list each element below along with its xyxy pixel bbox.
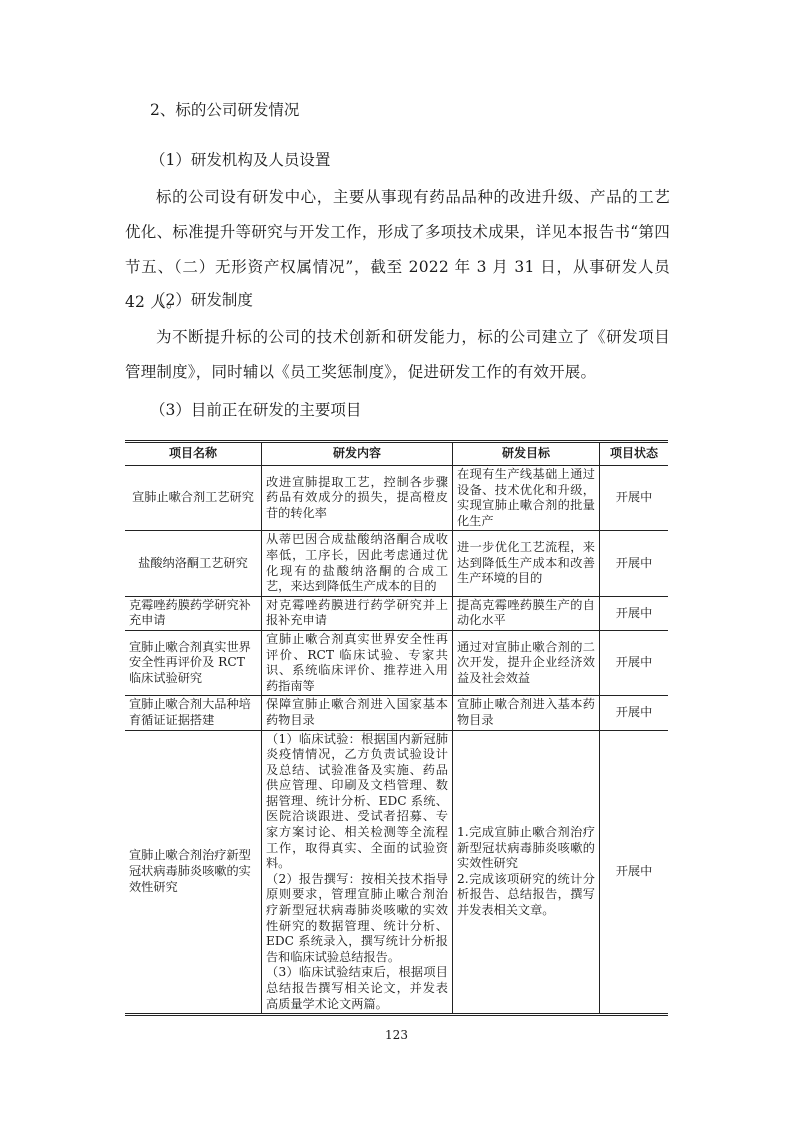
paragraph-rd-system: 为不断提升标的公司的技术创新和研发能力，标的公司建立了《研发项目管理制度》，同时… (125, 320, 670, 390)
subsection-heading-3: （3）目前正在研发的主要项目 (150, 400, 361, 420)
table-row: 宣肺止嗽合剂治疗新型冠状病毒肺炎咳嗽的实效性研究 （1）临床试验：根据国内新冠肺… (125, 730, 668, 1015)
subsection-heading-1: （1）研发机构及人员设置 (150, 150, 330, 170)
cell-project-name: 宣肺止嗽合剂大品种培育循证证据搭建 (125, 696, 262, 730)
cell-rd-goal: 进一步优化工艺流程，来达到降低生产成本和改善生产环境的目的 (453, 531, 600, 596)
cell-rd-content: 对克霉唑药膜进行药学研究并上报补充申请 (262, 596, 453, 630)
header-project-status: 项目状态 (600, 442, 669, 466)
cell-rd-goal: 1.完成宣肺止嗽合剂治疗新型冠状病毒肺炎咳嗽的实效性研究 2.完成该项研究的统计… (453, 730, 600, 1015)
section-title: 2、标的公司研发情况 (150, 100, 299, 120)
table-header-row: 项目名称 研发内容 研发目标 项目状态 (125, 442, 668, 466)
header-project-name: 项目名称 (125, 442, 262, 466)
cell-project-status: 开展中 (600, 466, 669, 531)
header-rd-content: 研发内容 (262, 442, 453, 466)
cell-rd-goal: 宣肺止嗽合剂进入基本药物目录 (453, 696, 600, 730)
table-row: 宣肺止嗽合剂大品种培育循证证据搭建 保障宣肺止嗽合剂进入国家基本药物目录 宣肺止… (125, 696, 668, 730)
cell-rd-goal: 提高克霉唑药膜生产的自动化水平 (453, 596, 600, 630)
cell-project-status: 开展中 (600, 630, 669, 695)
cell-project-name: 宣肺止嗽合剂工艺研究 (125, 466, 262, 531)
cell-project-status: 开展中 (600, 696, 669, 730)
cell-rd-goal: 在现有生产线基础上通过设备、技术优化和升级，实现宣肺止嗽合剂的批量化生产 (453, 466, 600, 531)
document-page: 2、标的公司研发情况 （1）研发机构及人员设置 标的公司设有研发中心，主要从事现… (0, 0, 793, 1122)
table-row: 克霉唑药膜药学研究补充申请 对克霉唑药膜进行药学研究并上报补充申请 提高克霉唑药… (125, 596, 668, 630)
cell-project-status: 开展中 (600, 531, 669, 596)
cell-rd-goal: 通过对宣肺止嗽合剂的二次开发，提升企业经济效益及社会效益 (453, 630, 600, 695)
header-rd-goal: 研发目标 (453, 442, 600, 466)
table-row: 宣肺止嗽合剂工艺研究 改进宣肺提取工艺，控制各步骤药品有效成分的损失，提高橙皮苷… (125, 466, 668, 531)
cell-rd-content: 从蒂巴因合成盐酸纳洛酮合成收率低，工序长，因此考虑通过优化现有的盐酸纳洛酮的合成… (262, 531, 453, 596)
page-number: 123 (0, 1028, 793, 1042)
cell-project-name: 盐酸纳洛酮工艺研究 (125, 531, 262, 596)
cell-rd-content: 改进宣肺提取工艺，控制各步骤药品有效成分的损失，提高橙皮苷的转化率 (262, 466, 453, 531)
cell-rd-content: 宣肺止嗽合剂真实世界安全性再评价、RCT 临床试验、专家共识、系统临床评价、推荐… (262, 630, 453, 695)
cell-project-name: 宣肺止嗽合剂真实世界安全性再评价及 RCT 临床试验研究 (125, 630, 262, 695)
table-row: 盐酸纳洛酮工艺研究 从蒂巴因合成盐酸纳洛酮合成收率低，工序长，因此考虑通过优化现… (125, 531, 668, 596)
table-row: 宣肺止嗽合剂真实世界安全性再评价及 RCT 临床试验研究 宣肺止嗽合剂真实世界安… (125, 630, 668, 695)
cell-project-status: 开展中 (600, 730, 669, 1015)
cell-project-status: 开展中 (600, 596, 669, 630)
cell-rd-content: （1）临床试验：根据国内新冠肺炎疫情情况，乙方负责试验设计及总结、试验准备及实施… (262, 730, 453, 1015)
cell-project-name: 克霉唑药膜药学研究补充申请 (125, 596, 262, 630)
subsection-heading-2: （2）研发制度 (150, 290, 253, 310)
cell-rd-content: 保障宣肺止嗽合剂进入国家基本药物目录 (262, 696, 453, 730)
rd-projects-table: 项目名称 研发内容 研发目标 项目状态 宣肺止嗽合剂工艺研究 改进宣肺提取工艺，… (125, 440, 668, 1016)
cell-project-name: 宣肺止嗽合剂治疗新型冠状病毒肺炎咳嗽的实效性研究 (125, 730, 262, 1015)
